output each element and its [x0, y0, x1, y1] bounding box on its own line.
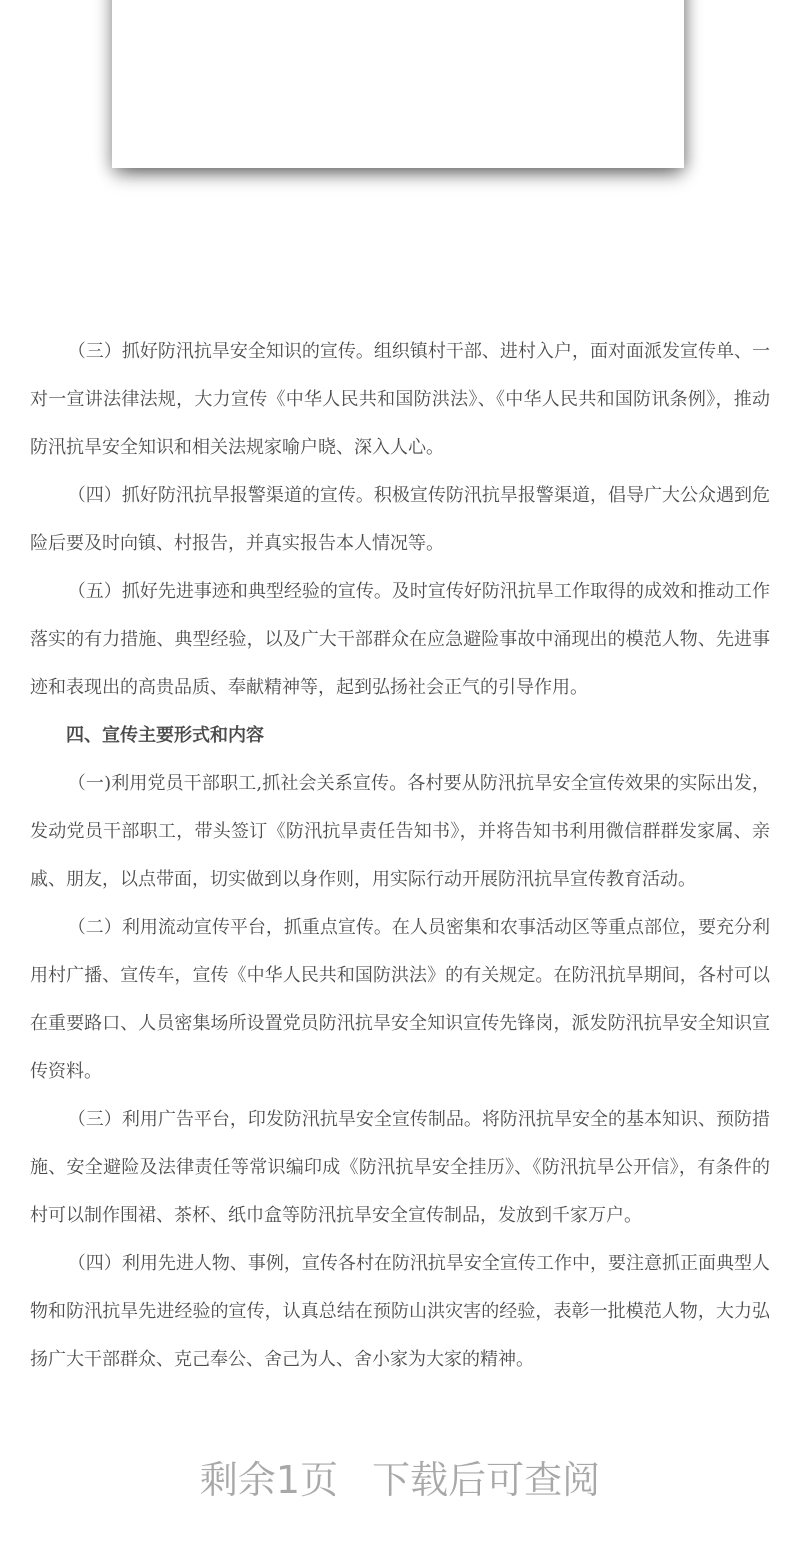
- paragraph-5-model-deeds: （五）抓好先进事迹和典型经验的宣传。及时宣传好防汛抗旱工作取得的成效和推动工作落…: [30, 568, 770, 712]
- document-body: （三）抓好防汛抗旱安全知识的宣传。组织镇村干部、进村入户，面对面派发宣传单、一对…: [30, 328, 770, 1384]
- paragraph-2-mobile-platform: （二）利用流动宣传平台，抓重点宣传。在人员密集和农事活动区等重点部位，要充分利用…: [30, 904, 770, 1096]
- download-hint-label[interactable]: 下载后可查阅: [372, 1458, 600, 1502]
- paragraph-4-model-people: （四）利用先进人物、事例，宣传各村在防汛抗旱安全宣传工作中，要注意抓正面典型人物…: [30, 1240, 770, 1384]
- paragraph-3-publicity-knowledge: （三）抓好防汛抗旱安全知识的宣传。组织镇村干部、进村入户，面对面派发宣传单、一对…: [30, 328, 770, 472]
- section-heading-4: 四、宣传主要形式和内容: [30, 712, 770, 760]
- remaining-pages-notice[interactable]: 剩余1页下载后可查阅: [0, 1458, 800, 1502]
- previous-page-fragment: [112, 0, 684, 168]
- paragraph-1-party-members: （一)利用党员干部职工,抓社会关系宣传。各村要从防汛抗旱安全宣传效果的实际出发，…: [30, 760, 770, 904]
- paragraph-4-alarm-channels: （四）抓好防汛抗旱报警渠道的宣传。积极宣传防汛抗旱报警渠道，倡导广大公众遇到危险…: [30, 472, 770, 568]
- remaining-pages-label: 剩余1页: [200, 1458, 338, 1502]
- paragraph-3-ad-platform: （三）利用广告平台，印发防汛抗旱安全宣传制品。将防汛抗旱安全的基本知识、预防措施…: [30, 1096, 770, 1240]
